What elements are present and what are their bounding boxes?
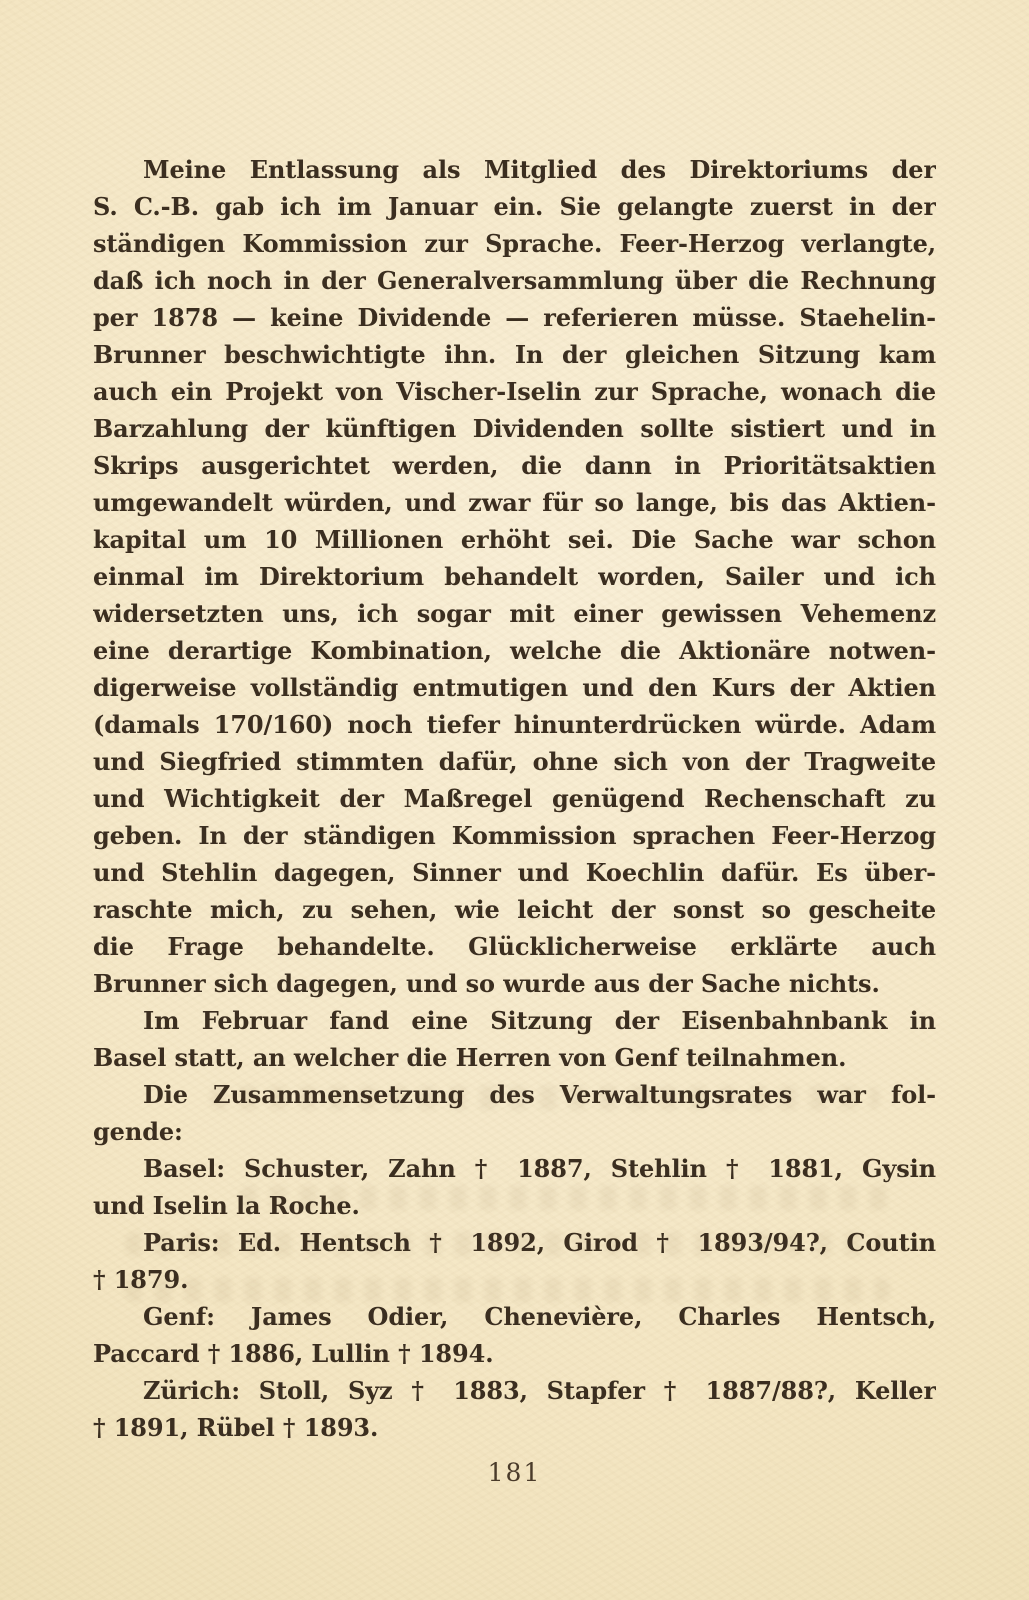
text-line: Die Zusammensetzung des Verwaltungsrates…	[93, 1076, 936, 1113]
text-line: † 1891, Rübel † 1893.	[93, 1409, 936, 1446]
text-line: Paccard † 1886, Lullin † 1894.	[93, 1335, 936, 1372]
text-line: umgewandelt würden, und zwar für so lang…	[93, 484, 936, 521]
text-line: Genf: James Odier, Chenevière, Charles H…	[93, 1298, 936, 1335]
text-line: Paris: Ed. Hentsch † 1892, Girod † 1893/…	[93, 1224, 936, 1261]
text-line: auch ein Projekt von Vischer-Iselin zur …	[93, 373, 936, 410]
text-line: Im Februar fand eine Sitzung der Eisenba…	[93, 1002, 936, 1039]
text-line: eine derartige Kombination, welche die A…	[93, 632, 936, 669]
text-line: ständigen Kommission zur Sprache. Feer-H…	[93, 225, 936, 262]
text-line: † 1879.	[93, 1261, 936, 1298]
text-line: per 1878 — keine Dividende — referieren …	[93, 299, 936, 336]
text-line: Meine Entlassung als Mitglied des Direkt…	[93, 151, 936, 188]
text-line: kapital um 10 Millionen erhöht sei. Die …	[93, 521, 936, 558]
text-line: und Stehlin dagegen, Sinner und Koechlin…	[93, 854, 936, 891]
text-line: einmal im Direktorium behandelt worden, …	[93, 558, 936, 595]
text-block: Meine Entlassung als Mitglied des Direkt…	[93, 151, 936, 1446]
text-line: Barzahlung der künftigen Dividenden soll…	[93, 410, 936, 447]
text-line: die Frage behandelte. Glücklicherweise e…	[93, 928, 936, 965]
text-line: gende:	[93, 1113, 936, 1150]
text-line: Brunner sich dagegen, und so wurde aus d…	[93, 965, 936, 1002]
text-line: Zürich: Stoll, Syz † 1883, Stapfer † 188…	[93, 1372, 936, 1409]
text-line: digerweise vollständig entmutigen und de…	[93, 669, 936, 706]
text-line: und Iselin la Roche.	[93, 1187, 936, 1224]
text-line: S. C.-B. gab ich im Januar ein. Sie gela…	[93, 188, 936, 225]
text-line: daß ich noch in der Generalversammlung ü…	[93, 262, 936, 299]
text-line: Skrips ausgerichtet werden, die dann in …	[93, 447, 936, 484]
text-line: und Siegfried stimmten dafür, ohne sich …	[93, 743, 936, 780]
page-number: 181	[0, 1458, 1029, 1487]
text-line: Basel: Schuster, Zahn † 1887, Stehlin † …	[93, 1150, 936, 1187]
text-line: (damals 170/160) noch tiefer hinunterdrü…	[93, 706, 936, 743]
text-line: Basel statt, an welcher die Herren von G…	[93, 1039, 936, 1076]
text-line: Brunner beschwichtigte ihn. In der gleic…	[93, 336, 936, 373]
text-line: widersetzten uns, ich sogar mit einer ge…	[93, 595, 936, 632]
book-page: Meine Entlassung als Mitglied des Direkt…	[0, 0, 1029, 1600]
text-line: raschte mich, zu sehen, wie leicht der s…	[93, 891, 936, 928]
text-line: und Wichtigkeit der Maßregel genügend Re…	[93, 780, 936, 817]
text-line: geben. In der ständigen Kommission sprac…	[93, 817, 936, 854]
